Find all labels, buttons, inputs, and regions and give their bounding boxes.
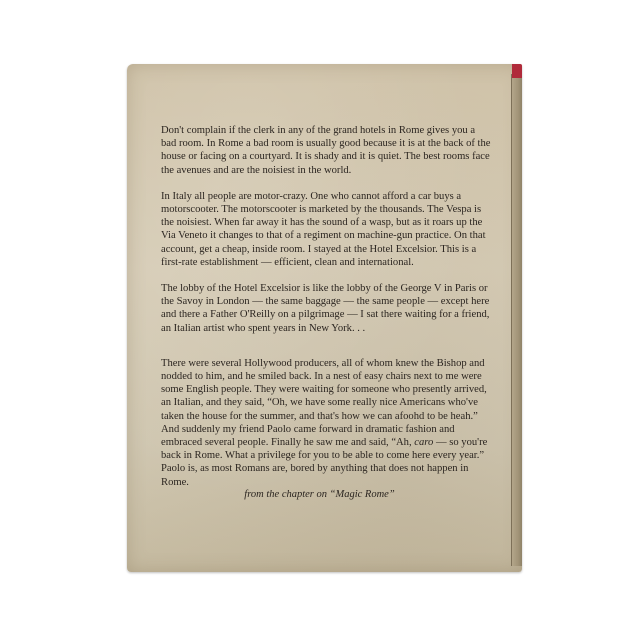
book-jacket-back: Don't complain if the clerk in any of th… — [127, 64, 522, 572]
paragraph-3: The lobby of the Hotel Excelsior is like… — [161, 282, 491, 335]
chapter-caption: from the chapter on “Magic Rome” — [127, 489, 512, 500]
paragraph-2: In Italy all people are motor-crazy. One… — [161, 190, 491, 269]
italic-word: caro — [414, 437, 433, 448]
red-cover-edge — [512, 64, 522, 78]
spine-fold-strip — [511, 74, 522, 566]
excerpt-text: Don't complain if the clerk in any of th… — [161, 124, 491, 502]
paragraph-4: There were several Hollywood producers, … — [161, 357, 491, 489]
paragraph-1: Don't complain if the clerk in any of th… — [161, 124, 491, 177]
